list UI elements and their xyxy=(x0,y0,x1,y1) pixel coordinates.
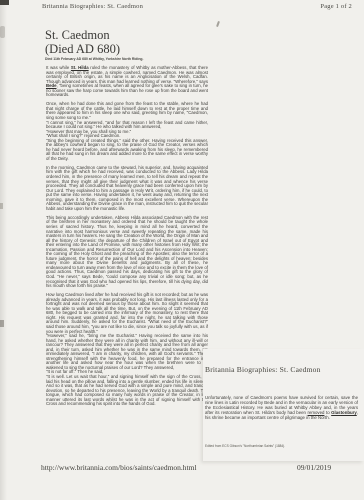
text-run: Once, when he had done this and gone fro… xyxy=(46,101,208,120)
scan-edge-smudge xyxy=(0,26,5,38)
death-date-line: Died 11th February AD 680 at Whitby, Yor… xyxy=(45,57,143,61)
text-run: "Sing the beginning of created things," … xyxy=(46,138,208,161)
text-run: This being accordingly undertaken, Abbes… xyxy=(46,215,208,288)
page2-source-line: Edited from ECS Gibson's "Northumbrian S… xyxy=(205,444,285,448)
article-title-block: St. Caedmon (Died AD 680) Died 11th Febr… xyxy=(45,29,143,61)
page2-print-header: Britannia Biographies: St. Caedmon xyxy=(205,365,321,374)
print-header-title: Britannia Biographies: St. Caedmon xyxy=(42,3,143,11)
page2-sheet: Britannia Biographies: St. Caedmon Unfor… xyxy=(203,349,364,461)
body-paragraph: How long Caedmon lived after he had rece… xyxy=(46,293,208,407)
text-run: How long Caedmon lived after he had rece… xyxy=(46,292,208,333)
scan-edge-smudge xyxy=(0,320,4,327)
body-paragraph: It was while St. Hilda ruled the monaste… xyxy=(46,66,208,98)
page2-paragraph: Unfortunately, none of Caedmon's poems h… xyxy=(205,396,358,421)
footer-date: 09/01/2019 xyxy=(297,463,331,472)
print-header-page-number: Page 1 of 2 xyxy=(320,3,352,11)
body-paragraph: This being accordingly undertaken, Abbes… xyxy=(46,216,208,289)
text-run: "However," said he, "bring me the Euchar… xyxy=(46,333,208,370)
print-header: Britannia Biographies: St. Caedmon Page … xyxy=(42,3,352,11)
page-subtitle: (Died AD 680) xyxy=(45,43,143,57)
body-paragraph: Once, when he had done this and gone fro… xyxy=(46,102,208,161)
footer-url: http://www.britannia.com/bios/saints/cae… xyxy=(41,463,197,472)
body-paragraph: In the morning, Caedmon came to the stew… xyxy=(46,166,208,211)
page-title: St. Caedmon xyxy=(45,29,143,43)
text-run: , "being sometimes at feasts, when all a… xyxy=(46,83,208,97)
scan-edge-smudge xyxy=(0,203,3,209)
text-link[interactable]: Glastonbury xyxy=(331,410,357,415)
text-run: In the morning, Caedmon came to the stew… xyxy=(46,165,208,211)
article-body: It was while St. Hilda ruled the monaste… xyxy=(46,66,208,411)
scan-corner-mark xyxy=(0,0,9,5)
pen-mark xyxy=(216,21,220,27)
text-run: "It is well. Let us wait that hour," and… xyxy=(46,374,208,406)
